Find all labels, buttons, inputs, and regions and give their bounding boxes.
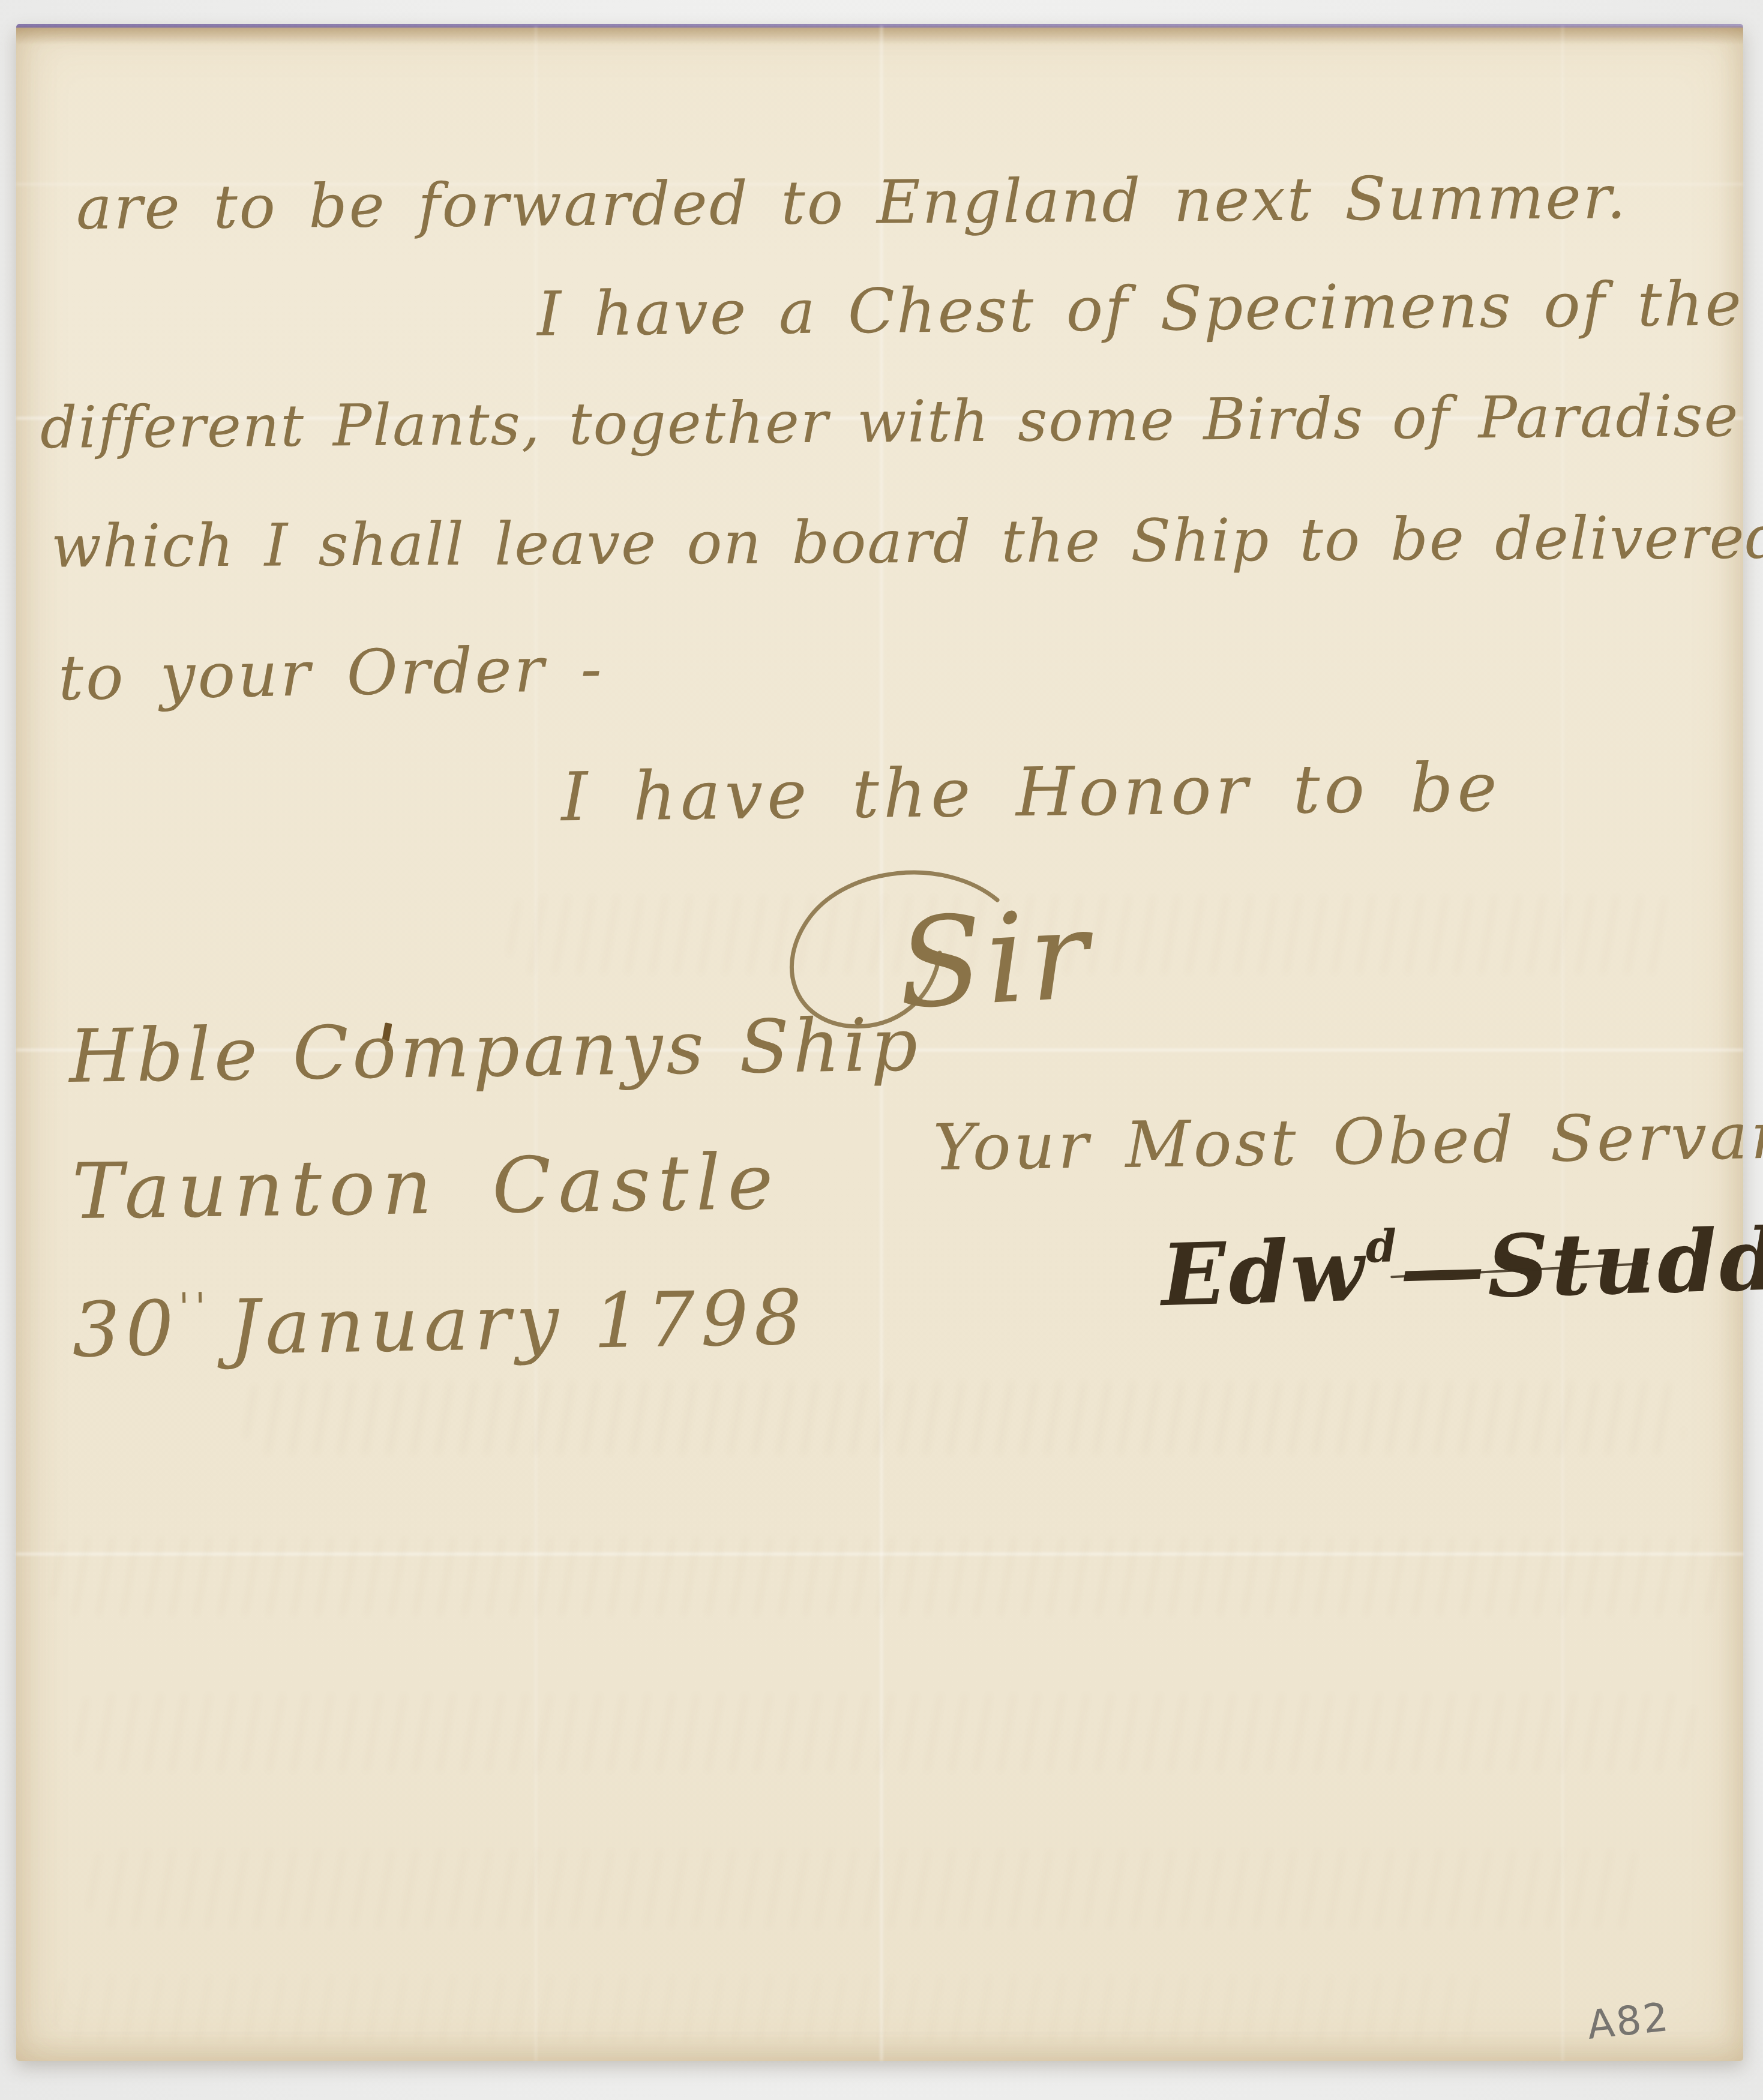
origin-line-ship: Hble Companys Ship xyxy=(68,1008,922,1093)
archival-annotation: A82 xyxy=(1585,1994,1672,2048)
letter-line-4: which I shall leave on board the Ship to… xyxy=(51,508,1763,576)
salutation: Sir xyxy=(895,894,1095,1027)
ink-bleed-through xyxy=(52,1538,1720,1616)
signature-first-name: Edw xyxy=(1160,1220,1368,1325)
ink-bleed-through xyxy=(244,1382,1684,1454)
signature: Edwd—Studd xyxy=(1160,1214,1763,1318)
paper-sheet: are to be forwarded to England next Summ… xyxy=(16,26,1743,2061)
letter-line-3: different Plants, together with some Bir… xyxy=(40,387,1740,457)
origin-line-vessel-name: Taunton Castle xyxy=(71,1144,781,1231)
date-superscript-marks: '' xyxy=(178,1285,211,1331)
ink-bleed-through xyxy=(508,896,1678,974)
signature-dash: — xyxy=(1398,1217,1488,1319)
ink-bleed-through xyxy=(52,1976,1492,2042)
letter-line-2: I have a Chest of Specimens of the xyxy=(537,274,1744,346)
closing-line: Your Most Obed Servant xyxy=(933,1104,1763,1180)
date-line: 30''January 1798 xyxy=(71,1277,808,1368)
letter-line-1: are to be forwarded to England next Summ… xyxy=(76,167,1628,238)
letter-line-5: to your Order - xyxy=(58,637,604,709)
ink-bleed-through xyxy=(76,1694,1696,1772)
signature-superscript: d xyxy=(1365,1220,1400,1273)
ink-bleed-through xyxy=(88,1850,1648,1928)
paper-top-browning xyxy=(16,28,1743,44)
valediction-line: I have the Honor to be xyxy=(560,754,1501,831)
date-day: 30 xyxy=(71,1284,180,1374)
date-month-year: January 1798 xyxy=(229,1273,808,1372)
